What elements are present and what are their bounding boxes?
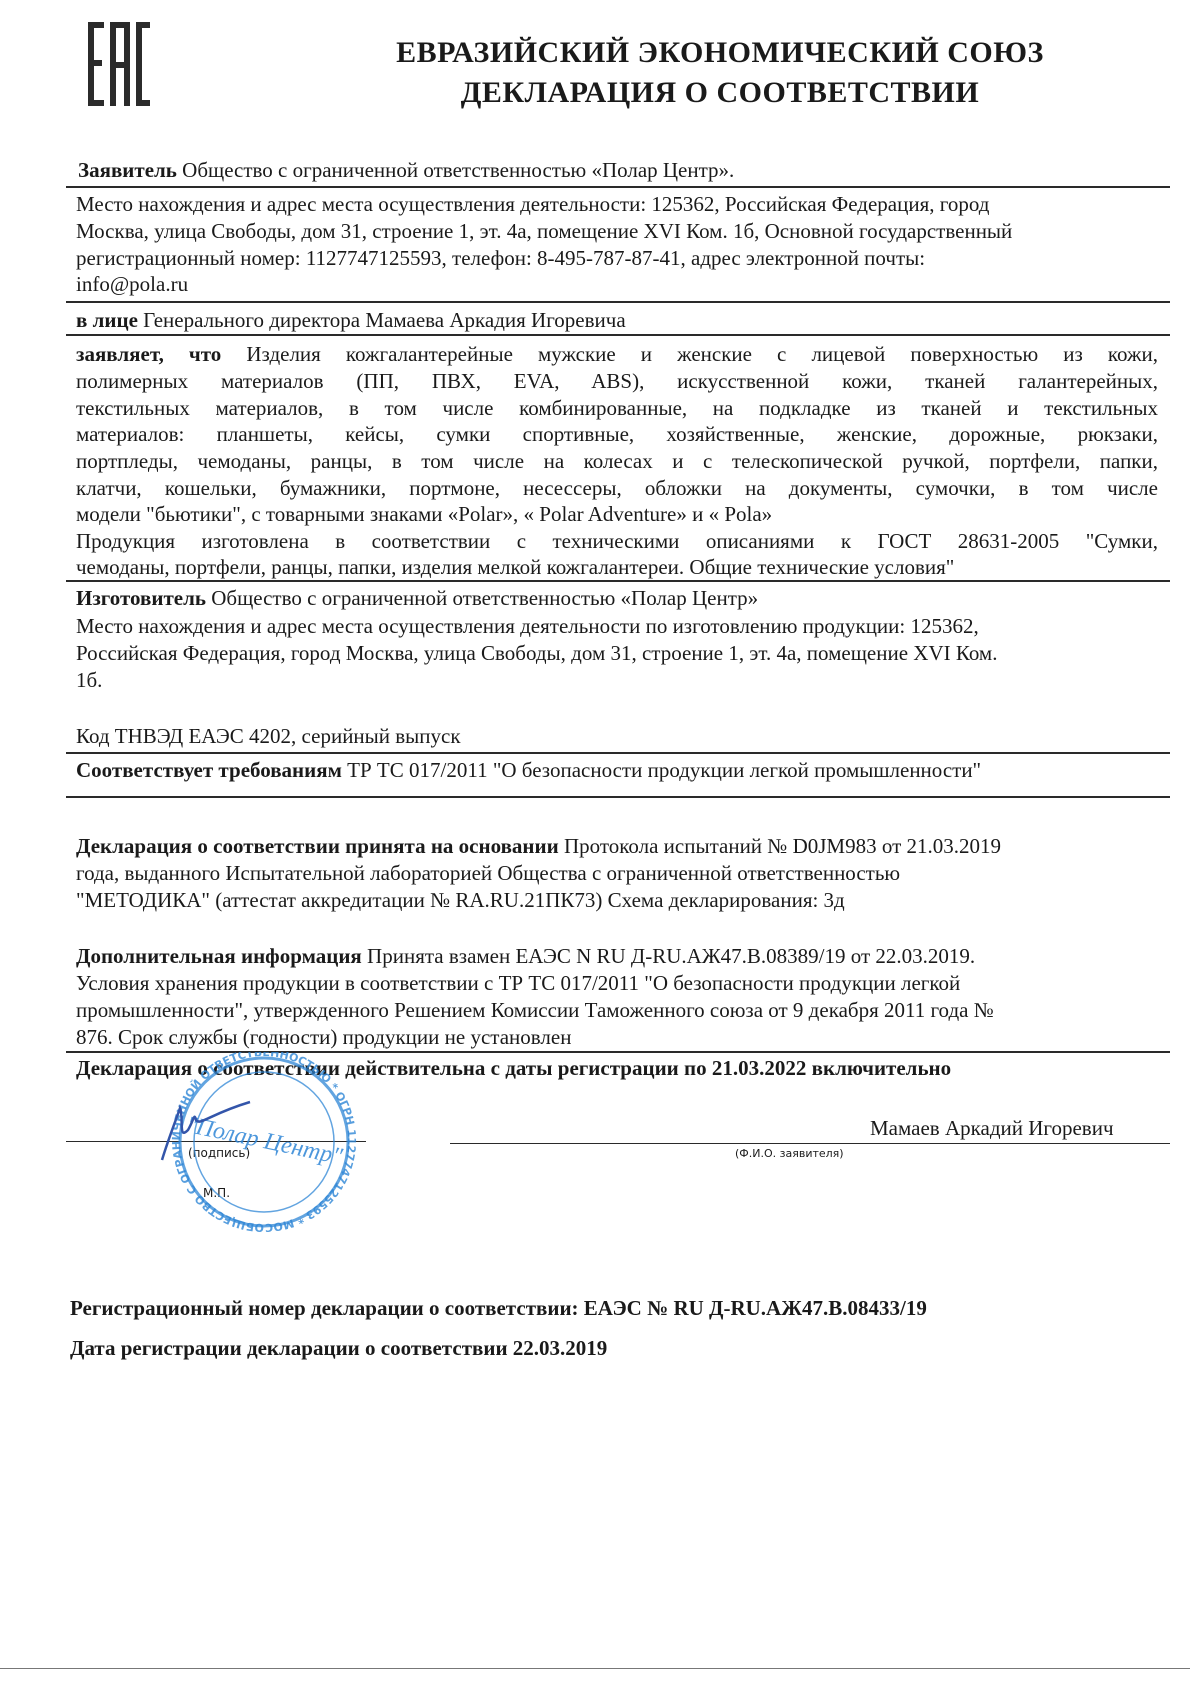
registration-number: Регистрационный номер декларации о соотв…: [70, 1296, 927, 1320]
manufacturer-address-line: Российская Федерация, город Москва, улиц…: [76, 641, 997, 665]
production-line: Продукция изготовлена в соответствии с т…: [76, 529, 1158, 553]
manufacturer-label: Изготовитель: [76, 586, 206, 610]
applicant-name: Мамаев Аркадий Игоревич: [870, 1116, 1114, 1141]
representative-value: Генерального директора Мамаева Аркадия И…: [143, 308, 626, 332]
declaration-line: заявляет, что Изделия кожгалантерейные м…: [76, 342, 1158, 366]
additional-line: Условия хранения продукции в соответстви…: [76, 971, 960, 995]
basis-line: года, выданного Испытательной лаборатори…: [76, 861, 900, 885]
divider: [66, 334, 1170, 336]
divider: [66, 580, 1170, 582]
name-caption: (Ф.И.О. заявителя): [735, 1147, 844, 1160]
divider: [66, 752, 1170, 754]
basis-line: "МЕТОДИКА" (аттестат аккредитации № RA.R…: [76, 888, 845, 912]
eac-logo-icon: [88, 20, 150, 108]
address-line: Москва, улица Свободы, дом 31, строение …: [76, 219, 1012, 243]
compliance-label: Соответствует требованиям: [76, 758, 342, 782]
manufacturer-row: Изготовитель Общество с ограниченной отв…: [76, 586, 758, 610]
declaration-line: портпледы, чемоданы, ранцы, в том числе …: [76, 449, 1158, 473]
address-email: info@pola.ru: [76, 272, 188, 296]
document-title: ДЕКЛАРАЦИЯ О СООТВЕТСТВИИ: [320, 76, 1120, 110]
name-line: [450, 1143, 1170, 1144]
union-title: ЕВРАЗИЙСКИЙ ЭКОНОМИЧЕСКИЙ СОЮЗ: [320, 36, 1120, 70]
representative-label: в лице: [76, 308, 138, 332]
applicant-value: Общество с ограниченной ответственностью…: [182, 158, 734, 182]
declaration-line: модели "бьютики", с товарными знаками «P…: [76, 502, 772, 526]
declaration-line: клатчи, кошельки, бумажники, портмоне, н…: [76, 476, 1158, 500]
manufacturer-value: Общество с ограниченной ответственностью…: [211, 586, 758, 610]
divider: [66, 796, 1170, 798]
compliance-value: ТР ТС 017/2011 "О безопасности продукции…: [347, 758, 981, 782]
applicant-label: Заявитель: [78, 158, 177, 182]
signature-icon: [150, 1090, 260, 1165]
product-code: Код ТНВЭД ЕАЭС 4202, серийный выпуск: [76, 724, 461, 748]
applicant-row: Заявитель Общество с ограниченной ответс…: [78, 158, 734, 182]
manufacturer-address-line: Место нахождения и адрес места осуществл…: [76, 614, 979, 638]
additional-line: промышленности", утвержденного Решением …: [76, 998, 994, 1022]
basis-label: Декларация о соответствии принята на осн…: [76, 834, 559, 858]
representative-row: в лице Генерального директора Мамаева Ар…: [76, 308, 626, 332]
basis-row: Декларация о соответствии принята на осн…: [76, 834, 1001, 858]
production-line: чемоданы, портфели, ранцы, папки, издели…: [76, 555, 954, 579]
manufacturer-address-line: 1б.: [76, 668, 102, 692]
additional-line: 876. Срок службы (годности) продукции не…: [76, 1025, 571, 1049]
declaration-line: текстильных материалов, в том числе комб…: [76, 396, 1158, 420]
scan-edge: [0, 1668, 1190, 1669]
divider: [66, 301, 1170, 303]
declaration-line: материалов: планшеты, кейсы, сумки спорт…: [76, 422, 1158, 446]
compliance-row: Соответствует требованиям ТР ТС 017/2011…: [76, 758, 981, 782]
divider: [66, 186, 1170, 188]
additional-label: Дополнительная информация: [76, 944, 362, 968]
address-line: регистрационный номер: 1127747125593, те…: [76, 246, 925, 270]
declaration-line: полимерных материалов (ПП, ПВХ, EVA, ABS…: [76, 369, 1158, 393]
additional-row: Дополнительная информация Принята взамен…: [76, 944, 975, 968]
declaration-label: заявляет, что: [76, 342, 221, 366]
address-line: Место нахождения и адрес места осуществл…: [76, 192, 989, 216]
registration-date: Дата регистрации декларации о соответств…: [70, 1336, 607, 1360]
